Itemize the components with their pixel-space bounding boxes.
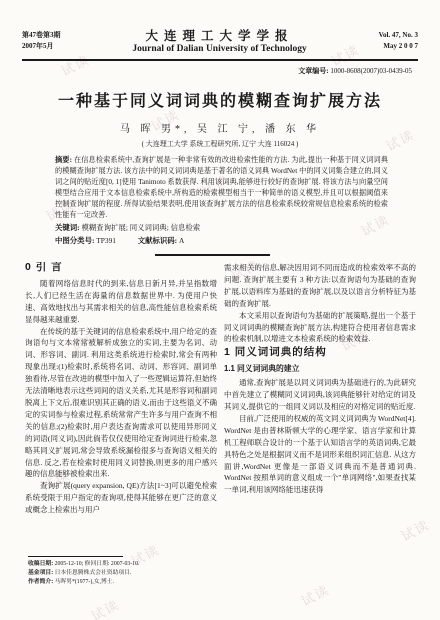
abstract-text: 在信息检索系统中,查询扩展是一种非常有效的改进检索性能的方法. 为此,提出一种基…: [55, 156, 388, 219]
footnote-received-label: 收稿日期:: [28, 561, 53, 567]
abstract-block: 摘要: 在信息检索系统中,查询扩展是一种非常有效的改进检索性能的方法. 为此,提…: [55, 155, 388, 221]
body-paragraph: 在传统的基于关键词的信息检索系统中,用户给定的查询语句与文本常常被解析成独立的实…: [25, 326, 217, 481]
volume-info: Vol. 47, No. 3 May 2 0 0 7: [379, 30, 418, 52]
paper-title: 一种基于同义词词典的模糊查询扩展方法: [0, 88, 440, 111]
volume-number: Vol. 47, No. 3: [379, 30, 418, 41]
footnote-fund-label: 基金项目:: [28, 570, 53, 576]
paper-page: 试读试读试读试读试读试读试读试读试读试读试读试读试读试读试读试读试读 第47卷第…: [0, 0, 440, 620]
keywords-text: 模糊查询扩展; 同义词词典; 信息检索: [82, 223, 201, 232]
keywords-label: 关键词:: [55, 223, 80, 232]
clc-value: TP391: [96, 236, 116, 245]
footnote-author-bio-label: 作者简介:: [28, 579, 53, 585]
body-paragraph: 需求相关的信息,解决因用词不同而造成的检索效率不高的问题. 查询扩展主要有 3 …: [224, 262, 416, 310]
footnote-fund-value: 日本佳恩腾株式会社资助项目.: [55, 570, 132, 576]
footnote-fund: 基金项目: 日本佳恩腾株式会社资助项目.: [28, 569, 218, 578]
journal-title-cn: 大连理工大学学报: [61, 30, 379, 43]
footnote-author-bio: 作者简介: 马晖男*(1977-),女,博士.: [28, 578, 218, 587]
header-rule: [22, 59, 418, 61]
right-column: 需求相关的信息,解决因用词不同而造成的检索效率不高的问题. 查询扩展主要有 3 …: [224, 262, 416, 607]
footnote-author-bio-value: 马晖男*(1977-),女,博士.: [55, 579, 114, 585]
journal-title-en: Journal of Dalian University of Technolo…: [61, 43, 379, 56]
body-paragraph: 通常,查询扩展是以同义词词典为基础进行的,为此研究中首先建立了模糊同义词词典,该…: [224, 377, 416, 413]
body-paragraph: 查询扩展(query expansion, QE)方法[1~3]可以避免检索系统…: [25, 480, 217, 516]
abstract-label: 摘要:: [55, 156, 72, 164]
body-paragraph: 本文采用以查询语句为基础的扩展策略,提出一个基于同义词词典的模糊查询扩展方法,构…: [224, 310, 416, 346]
classification-block: 中图分类号: TP391 文献标识码: A: [55, 235, 388, 247]
article-number: 文章编号: 1000-8608(2007)03-0439-05: [298, 66, 412, 76]
article-number-value: 1000-8608(2007)03-0439-05: [330, 67, 412, 75]
footnote-received: 收稿日期: 2005-12-10; 修回日期: 2007-03-10.: [28, 560, 218, 569]
issue-date: 2007年5月: [22, 41, 61, 52]
volume-date: May 2 0 0 7: [379, 41, 418, 52]
doc-code-label: 文献标识码:: [138, 236, 177, 245]
article-number-label: 文章编号:: [298, 67, 328, 75]
journal-header: 第47卷第3期 2007年5月 大连理工大学学报 Journal of Dali…: [22, 30, 418, 56]
issue-volume: 第47卷第3期: [22, 30, 61, 41]
journal-title-block: 大连理工大学学报 Journal of Dalian University of…: [61, 30, 379, 56]
watermark-stamp: 试读: [87, 594, 122, 620]
footnote-received-value: 2005-12-10; 修回日期: 2007-03-10.: [55, 561, 140, 567]
section-0-heading: 0 引 言: [25, 262, 217, 274]
left-column: 0 引 言 随着网络信息时代的到来,信息日新月异,并呈指数增长,人们已经生活在海…: [25, 262, 217, 550]
body-paragraph: 目前,广泛使用的权威的英文同义词词典为 WordNet[4]. WordNet …: [224, 413, 416, 496]
doc-code-value: A: [179, 236, 184, 245]
issue-info: 第47卷第3期 2007年5月: [22, 30, 61, 52]
authors-line: 马 晖 男*, 吴 江 宁, 潘 东 华: [0, 120, 440, 135]
section-1-heading: 1 同义词词典的结构: [224, 347, 416, 359]
footnote-rule: [28, 556, 123, 557]
body-paragraph: 随着网络信息时代的到来,信息日新月异,并呈指数增长,人们已经生活在海量的信息数据…: [25, 278, 217, 326]
affiliation-line: ( 大连理工大学 系统工程研究所, 辽宁 大连 116024 ): [0, 139, 440, 149]
keywords-block: 关键词: 模糊查询扩展; 同义词词典; 信息检索: [55, 222, 388, 234]
footnote-block: 收稿日期: 2005-12-10; 修回日期: 2007-03-10. 基金项目…: [28, 560, 218, 587]
section-1-1-heading: 1.1 同义词词典的建立: [224, 363, 416, 375]
clc-label: 中图分类号:: [55, 236, 94, 245]
abstract-divider-rule: [155, 254, 270, 256]
